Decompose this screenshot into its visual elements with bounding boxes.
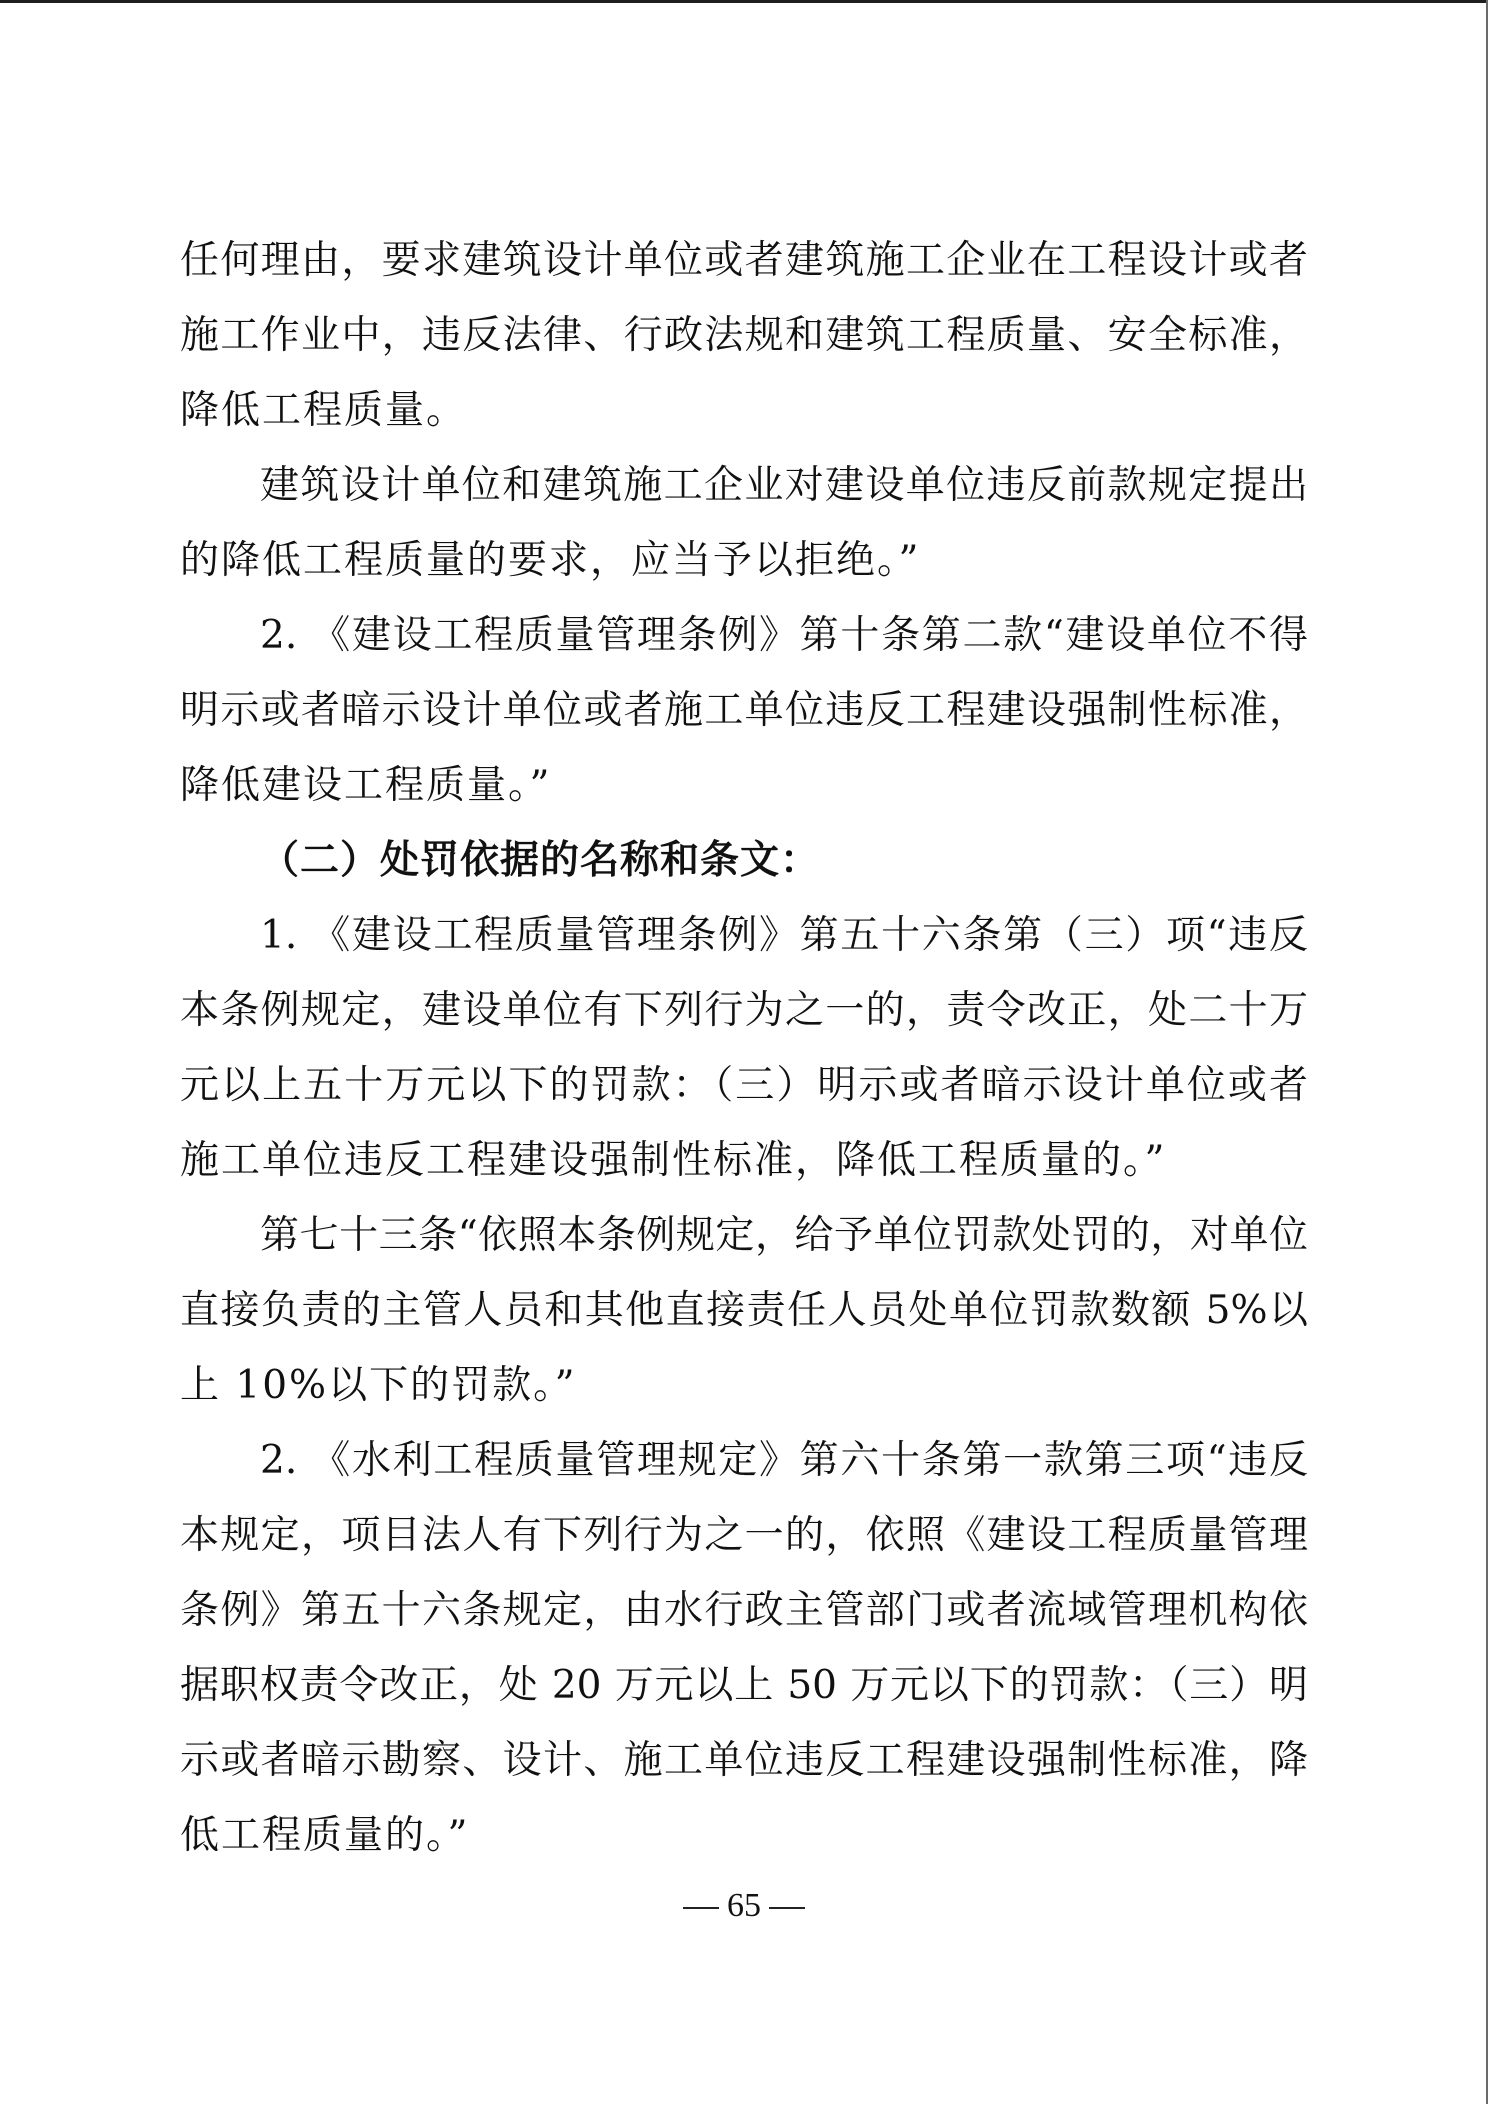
- text-line: 示或者暗示勘察、设计、施工单位违反工程建设强制性标准，降: [180, 1723, 1308, 1798]
- text-line: 元以上五十万元以下的罚款：（三）明示或者暗示设计单位或者: [180, 1048, 1308, 1123]
- paragraph-refusal-clause: 建筑设计单位和建筑施工企业对建设单位违反前款规定提出 的降低工程质量的要求，应当…: [180, 448, 1308, 598]
- paragraph-water-conservancy-article-60: 2. 《水利工程质量管理规定》第六十条第一款第三项“违反 本规定，项目法人有下列…: [180, 1423, 1308, 1873]
- text-line: 据职权责令改正，处 20 万元以上 50 万元以下的罚款：（三）明: [180, 1648, 1308, 1723]
- text-line: 建筑设计单位和建筑施工企业对建设单位违反前款规定提出: [180, 448, 1308, 523]
- paragraph-continuation: 任何理由，要求建筑设计单位或者建筑施工企业在工程设计或者 施工作业中，违反法律、…: [180, 223, 1308, 448]
- paragraph-regulation-article-73: 第七十三条“依照本条例规定，给予单位罚款处罚的，对单位 直接负责的主管人员和其他…: [180, 1198, 1308, 1423]
- text-line: 明示或者暗示设计单位或者施工单位违反工程建设强制性标准，: [180, 673, 1308, 748]
- text-line: 低工程质量的。”: [180, 1798, 1308, 1873]
- document-body: 任何理由，要求建筑设计单位或者建筑施工企业在工程设计或者 施工作业中，违反法律、…: [180, 223, 1308, 1873]
- text-line: 第七十三条“依照本条例规定，给予单位罚款处罚的，对单位: [180, 1198, 1308, 1273]
- page-number-footer: 65: [0, 1886, 1488, 1926]
- text-line: 的降低工程质量的要求，应当予以拒绝。”: [180, 523, 1308, 598]
- page-number-dash-left: [683, 1907, 719, 1909]
- text-line: 任何理由，要求建筑设计单位或者建筑施工企业在工程设计或者: [180, 223, 1308, 298]
- section-heading-text: （二）处罚依据的名称和条文：: [180, 823, 1308, 898]
- text-line: 1. 《建设工程质量管理条例》第五十六条第（三）项“违反: [180, 898, 1308, 973]
- page-number-dash-right: [769, 1907, 805, 1909]
- text-line: 本规定，项目法人有下列行为之一的，依照《建设工程质量管理: [180, 1498, 1308, 1573]
- page-number: 65: [727, 1887, 761, 1924]
- section-heading: （二）处罚依据的名称和条文：: [180, 823, 1308, 898]
- text-line: 条例》第五十六条规定，由水行政主管部门或者流域管理机构依: [180, 1573, 1308, 1648]
- text-line: 降低建设工程质量。”: [180, 748, 1308, 823]
- top-border-rule: [0, 0, 1488, 3]
- text-line: 2. 《水利工程质量管理规定》第六十条第一款第三项“违反: [180, 1423, 1308, 1498]
- text-line: 降低工程质量。: [180, 373, 1308, 448]
- text-line: 本条例规定，建设单位有下列行为之一的，责令改正，处二十万: [180, 973, 1308, 1048]
- paragraph-regulation-article-56: 1. 《建设工程质量管理条例》第五十六条第（三）项“违反 本条例规定，建设单位有…: [180, 898, 1308, 1198]
- paragraph-regulation-article-10: 2. 《建设工程质量管理条例》第十条第二款“建设单位不得 明示或者暗示设计单位或…: [180, 598, 1308, 823]
- text-line: 直接负责的主管人员和其他直接责任人员处单位罚款数额 5%以: [180, 1273, 1308, 1348]
- text-line: 施工作业中，违反法律、行政法规和建筑工程质量、安全标准，: [180, 298, 1308, 373]
- text-line: 上 10%以下的罚款。”: [180, 1348, 1308, 1423]
- text-line: 施工单位违反工程建设强制性标准，降低工程质量的。”: [180, 1123, 1308, 1198]
- text-line: 2. 《建设工程质量管理条例》第十条第二款“建设单位不得: [180, 598, 1308, 673]
